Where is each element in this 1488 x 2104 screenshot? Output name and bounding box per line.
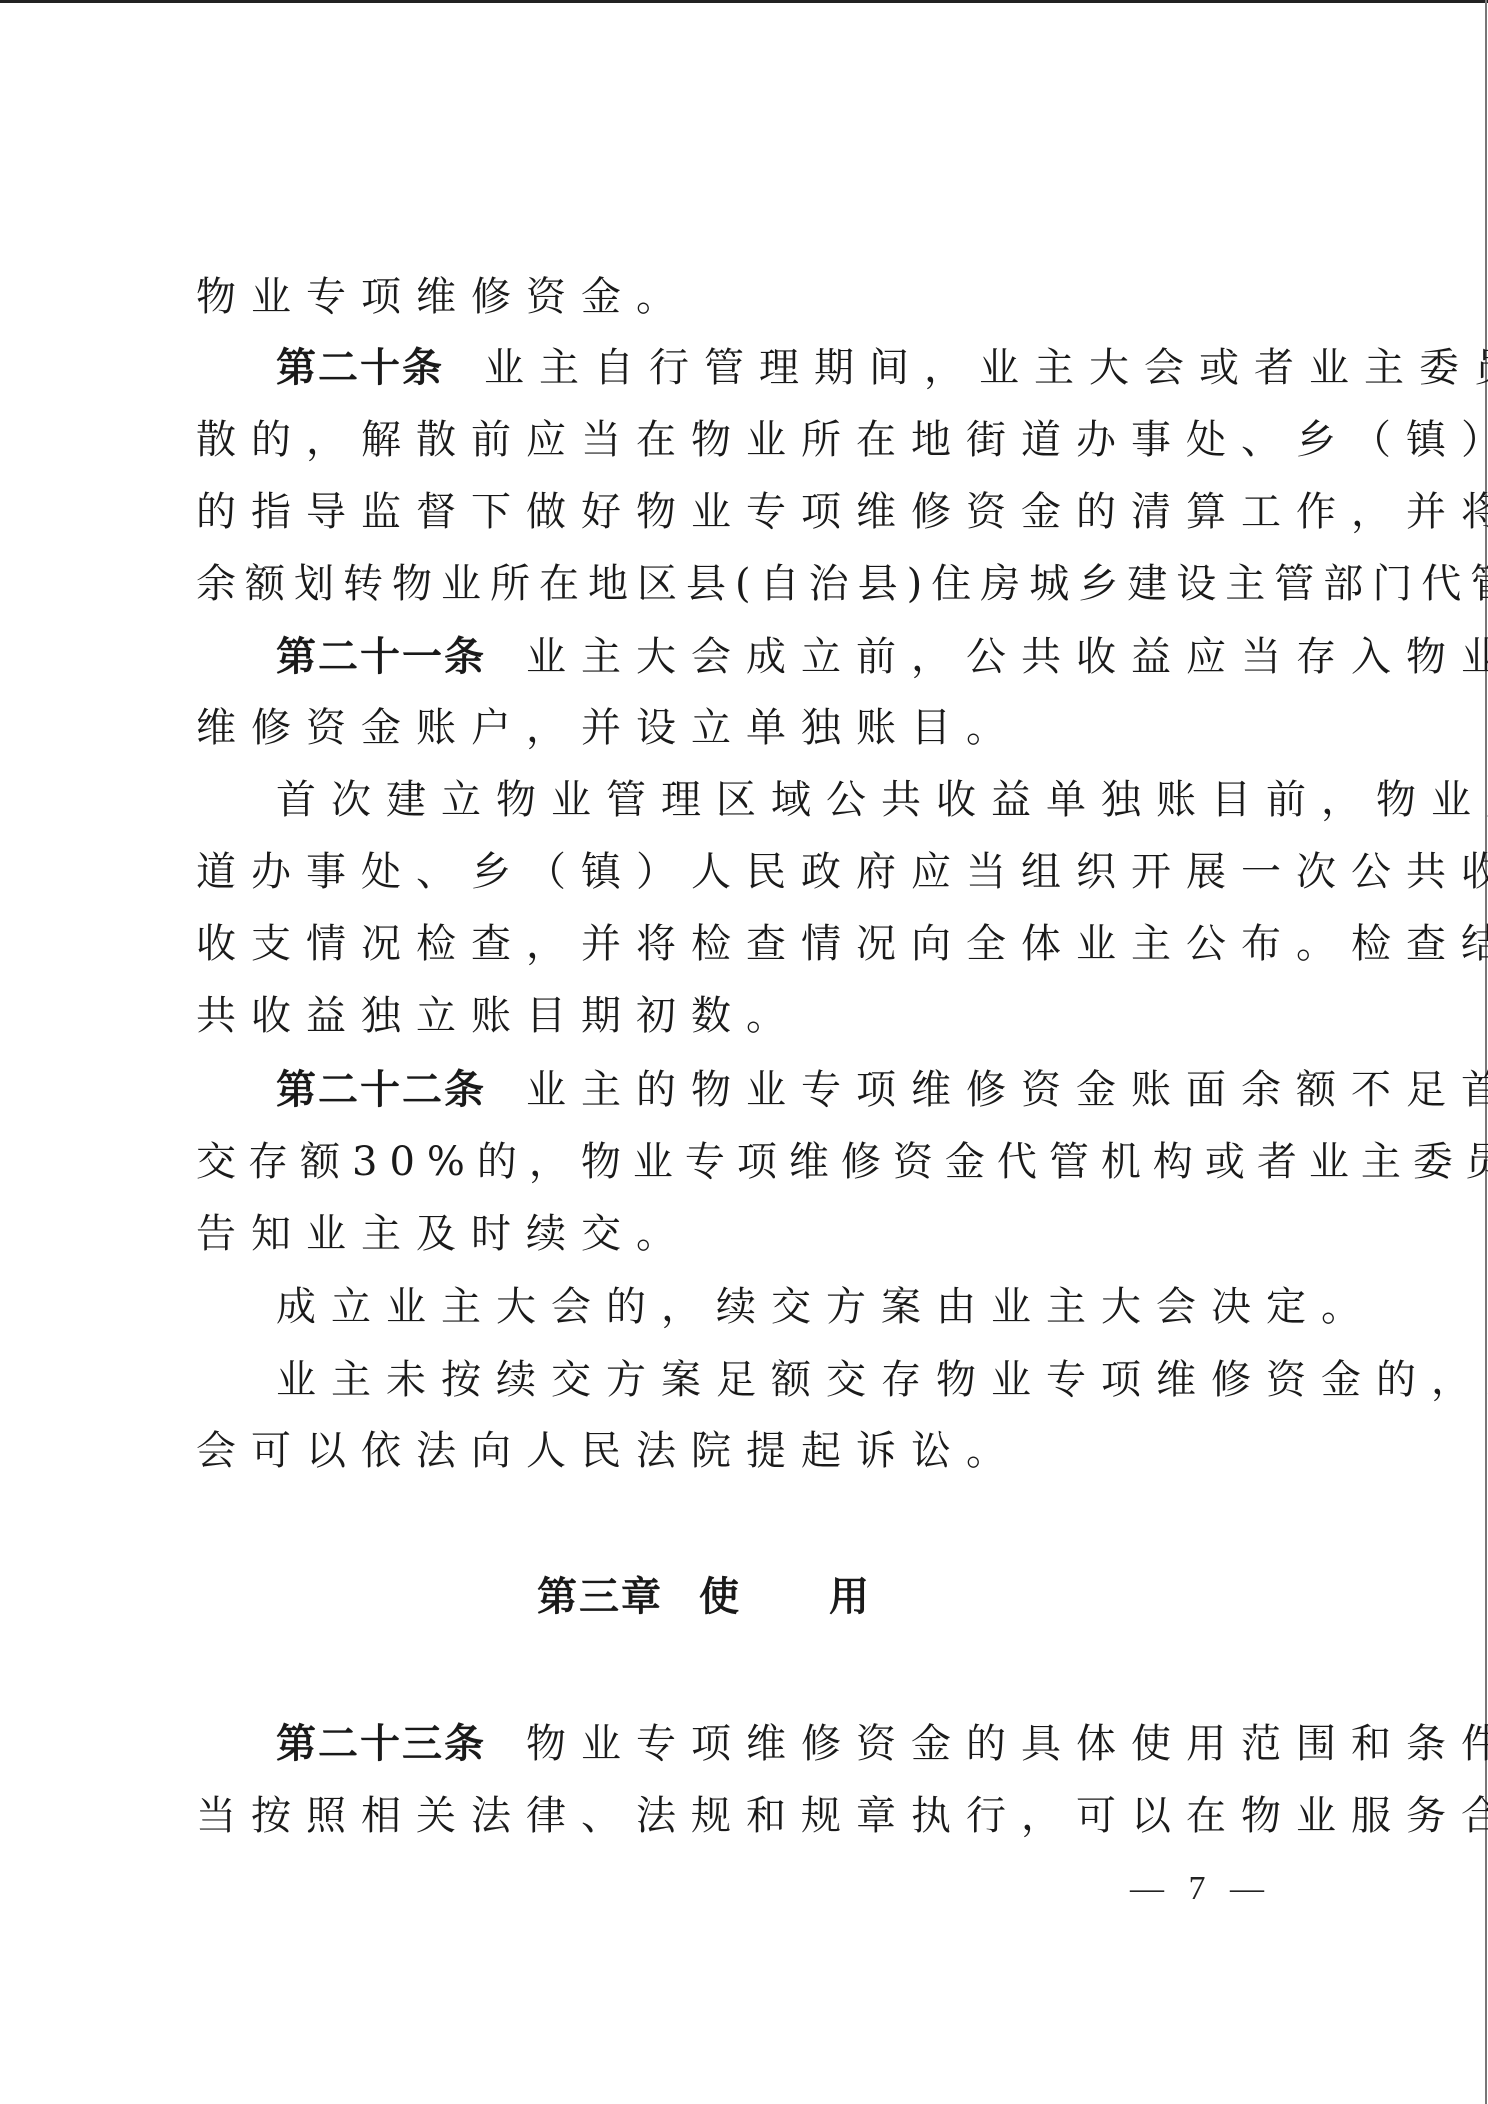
chapter-number: 第三章	[537, 1574, 663, 1620]
article-number: 第二十条	[276, 345, 444, 391]
paragraph-line: 维修资金账户，并设立单独账目。	[196, 700, 1021, 756]
page-top-border	[0, 0, 1488, 3]
paragraph-line: 首次建立物业管理区域公共收益单独账目前，物业所在地街	[276, 772, 1488, 828]
paragraph-line: 告知业主及时续交。	[196, 1206, 691, 1262]
paragraph-line: 的指导监督下做好物业专项维修资金的清算工作，并将资金账面	[196, 484, 1488, 540]
page-number: — 7 —	[1130, 1870, 1272, 1908]
article-21-heading-line: 第二十一条业主大会成立前，公共收益应当存入物业专项	[276, 629, 1488, 685]
paragraph-line: 物业专项维修资金。	[196, 269, 691, 325]
article-number: 第二十二条	[276, 1067, 486, 1113]
paragraph-line: 余额划转物业所在地区县(自治县)住房城乡建设主管部门代管。	[196, 556, 1488, 612]
article-number: 第二十一条	[276, 634, 486, 680]
chapter-title: 使用	[699, 1574, 959, 1620]
article-20-heading-line: 第二十条业主自行管理期间，业主大会或者业主委员会解	[276, 340, 1488, 396]
article-23-heading-line: 第二十三条物业专项维修资金的具体使用范围和条件应	[276, 1716, 1488, 1772]
article-22-heading-line: 第二十二条业主的物业专项维修资金账面余额不足首期	[276, 1062, 1488, 1118]
paragraph-line: 道办事处、乡（镇）人民政府应当组织开展一次公共收益使用和	[196, 844, 1488, 900]
paragraph-line: 交存额30%的，物业专项维修资金代管机构或者业主委员会应当	[196, 1134, 1488, 1190]
paragraph-line: 会可以依法向人民法院提起诉讼。	[196, 1423, 1021, 1479]
paragraph-line: 业主未按续交方案足额交存物业专项维修资金的，业主委员	[276, 1352, 1488, 1408]
paragraph-line: 共收益独立账目期初数。	[196, 988, 801, 1044]
paragraph-line: 成立业主大会的，续交方案由业主大会决定。	[276, 1279, 1376, 1335]
chapter-heading: 第三章使用	[196, 1569, 1300, 1625]
article-number: 第二十三条	[276, 1721, 486, 1767]
paragraph-line: 当按照相关法律、法规和规章执行，可以在物业服务合同中具体	[196, 1788, 1488, 1844]
paragraph-line: 收支情况检查，并将检查情况向全体业主公布。检查结果作为公	[196, 916, 1488, 972]
paragraph-line: 散的，解散前应当在物业所在地街道办事处、乡（镇）人民政府	[196, 412, 1488, 468]
